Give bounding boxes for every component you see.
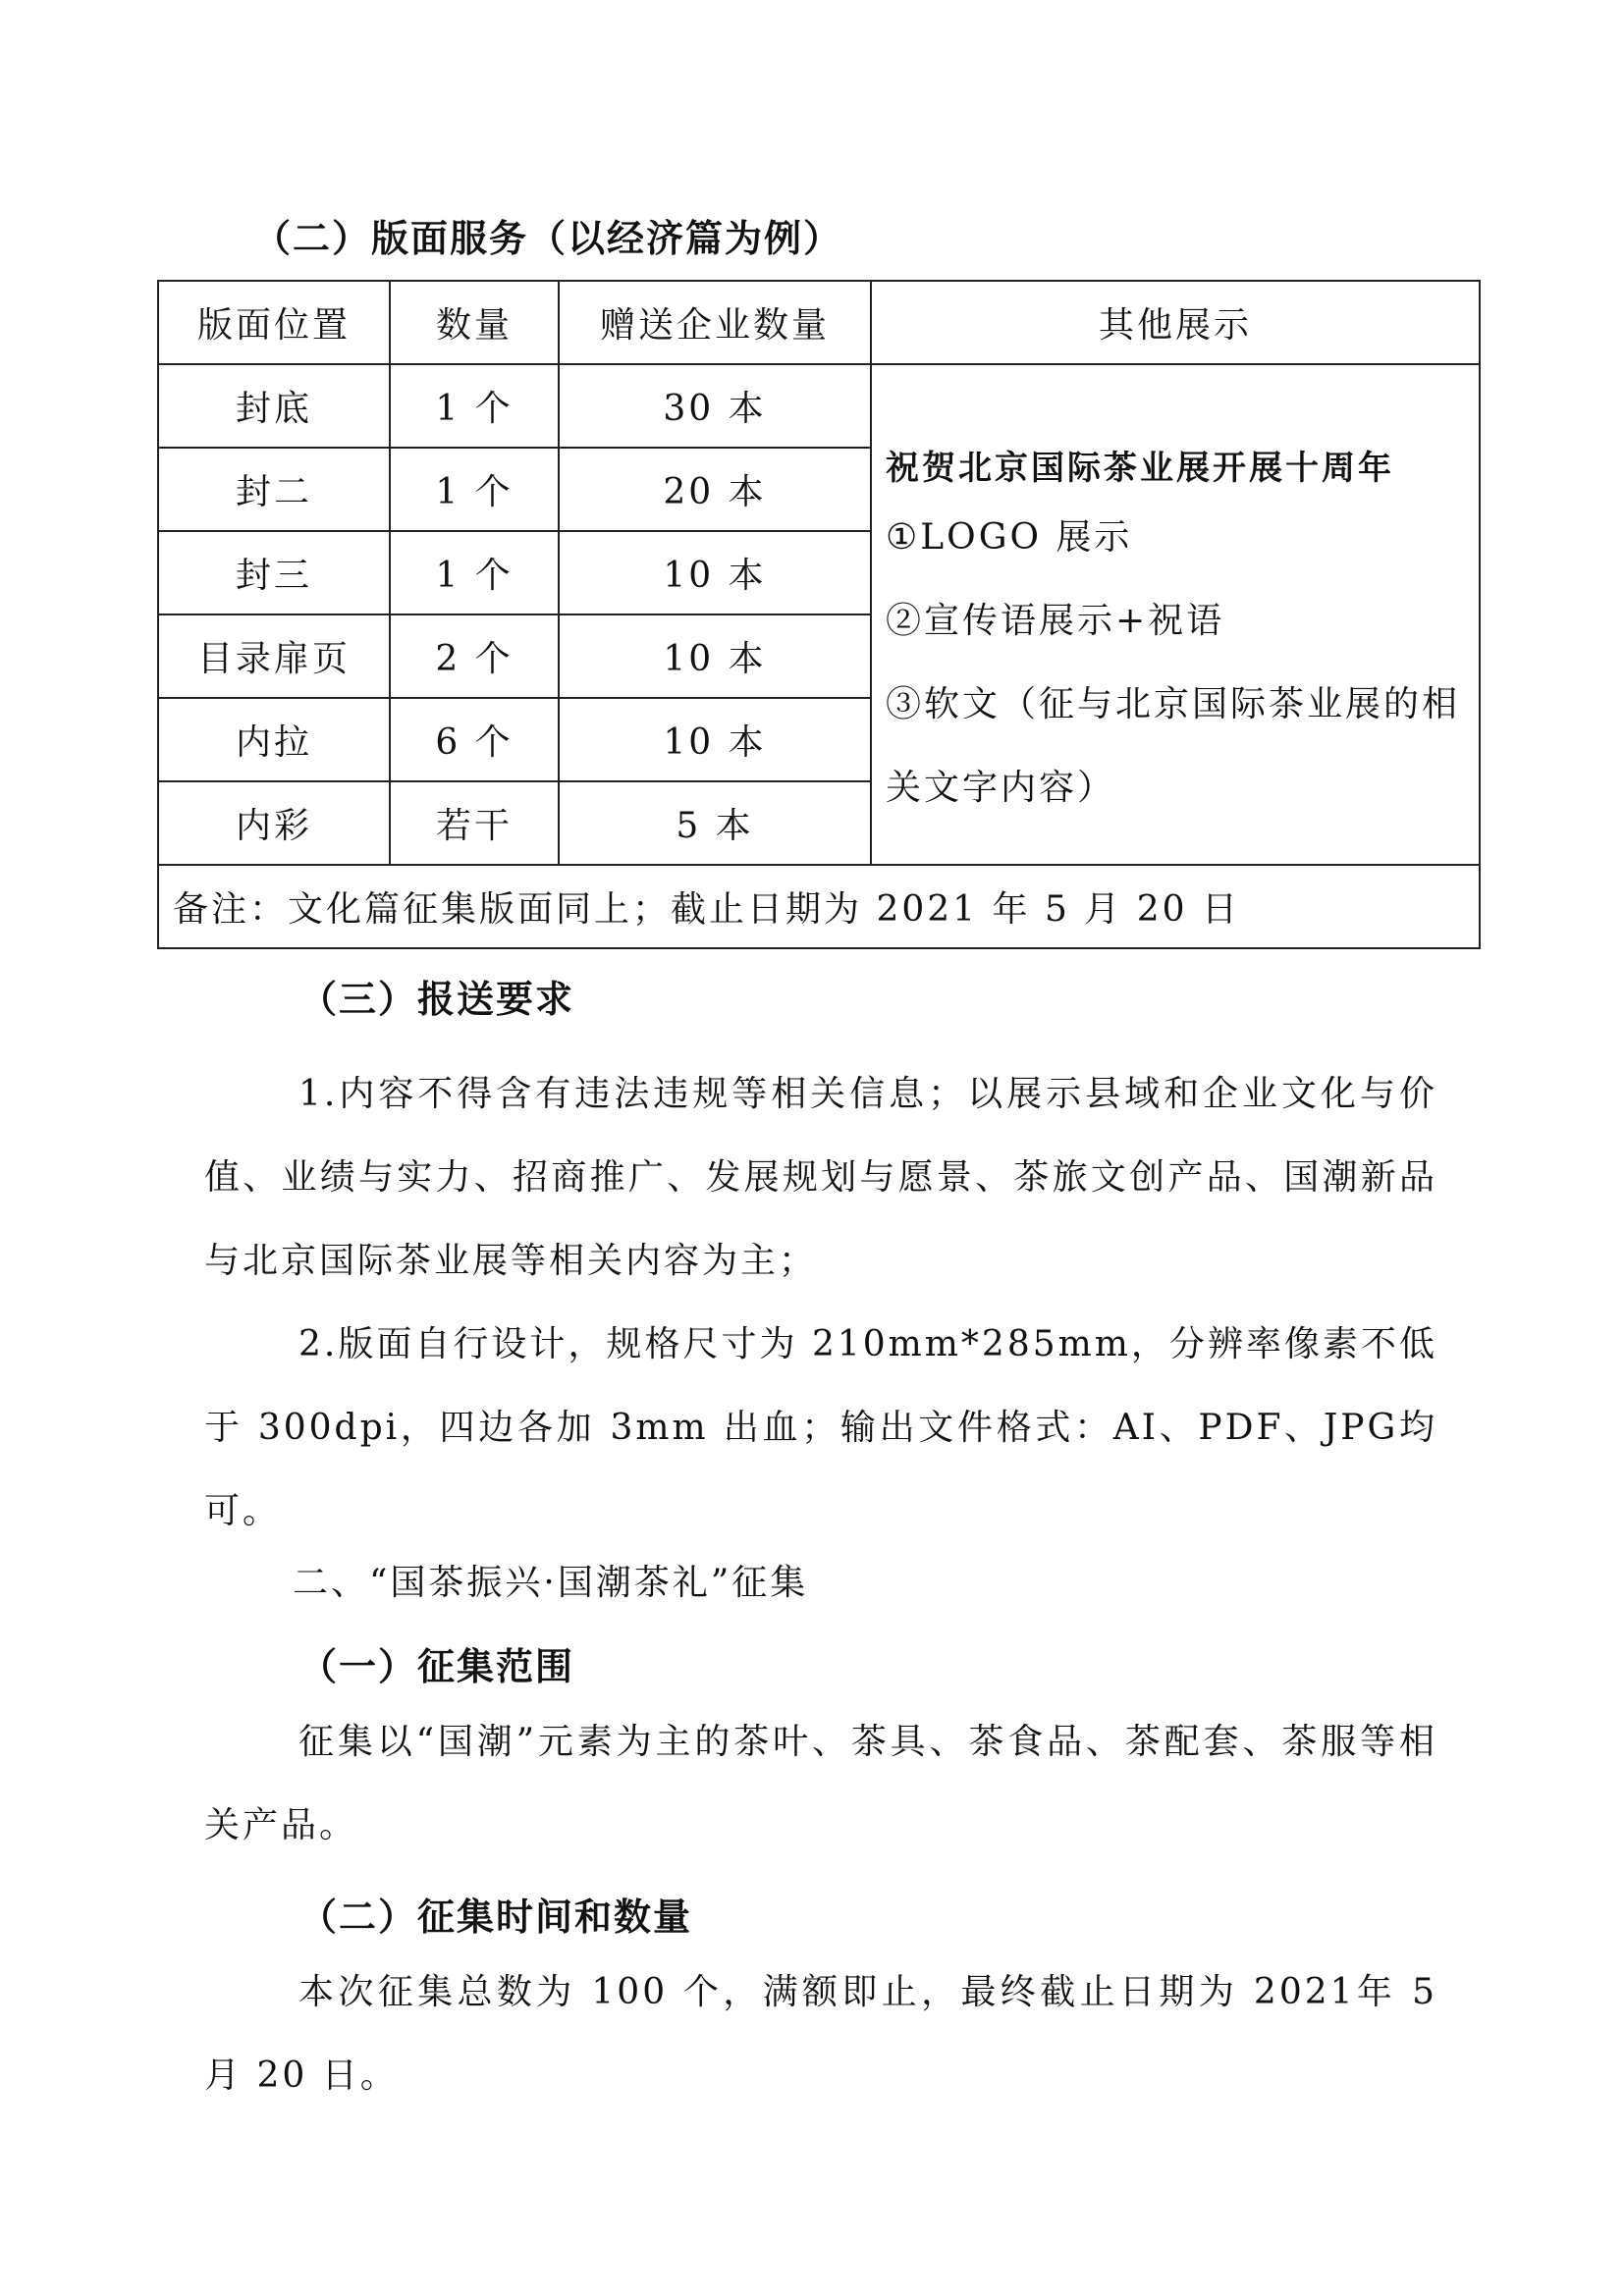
cell-gift: 10 本 bbox=[559, 698, 871, 781]
cell-gift: 30 本 bbox=[559, 364, 871, 448]
cell-quantity: 若干 bbox=[390, 781, 559, 865]
cell-quantity: 1 个 bbox=[390, 531, 559, 614]
cell-gift: 20 本 bbox=[559, 448, 871, 531]
cell-gift: 10 本 bbox=[559, 614, 871, 698]
cell-gift: 5 本 bbox=[559, 781, 871, 865]
other-display-item: ②宣传语展示+祝语 bbox=[886, 579, 1469, 663]
cell-position: 封底 bbox=[158, 364, 390, 448]
cell-quantity: 2 个 bbox=[390, 614, 559, 698]
table-note-row: 备注：文化篇征集版面同上；截止日期为 2021 年 5 月 20 日 bbox=[158, 865, 1480, 948]
table-note: 备注：文化篇征集版面同上；截止日期为 2021 年 5 月 20 日 bbox=[158, 865, 1480, 948]
other-display-item: ①LOGO 展示 bbox=[886, 496, 1469, 579]
scope-paragraph: 征集以“国潮”元素为主的茶叶、茶具、茶食品、茶配套、茶服等相关产品。 bbox=[204, 1700, 1437, 1867]
cell-other-display: 祝贺北京国际茶业展开展十周年 ①LOGO 展示 ②宣传语展示+祝语 ③软文（征与… bbox=[871, 364, 1480, 865]
table-header-row: 版面位置 数量 赠送企业数量 其他展示 bbox=[158, 281, 1480, 364]
cell-quantity: 1 个 bbox=[390, 448, 559, 531]
other-display-title: 祝贺北京国际茶业展开展十周年 bbox=[886, 449, 1469, 488]
requirement-paragraph-2: 2.版面自行设计，规格尺寸为 210mm*285mm，分辨率像素不低于 300d… bbox=[204, 1303, 1437, 1553]
subsection-heading-scope: （一）征集范围 bbox=[299, 1642, 574, 1691]
cell-quantity: 6 个 bbox=[390, 698, 559, 781]
column-header-other-display: 其他展示 bbox=[871, 281, 1480, 364]
subsection-heading-time-quantity: （二）征集时间和数量 bbox=[299, 1893, 692, 1942]
cell-position: 封二 bbox=[158, 448, 390, 531]
document-page: （二）版面服务（以经济篇为例） 版面位置 数量 赠送企业数量 其他展示 封底 1… bbox=[0, 0, 1624, 2296]
time-quantity-paragraph: 本次征集总数为 100 个，满额即止，最终截止日期为 2021年 5 月 20 … bbox=[204, 1950, 1437, 2117]
cell-position: 内彩 bbox=[158, 781, 390, 865]
cell-position: 内拉 bbox=[158, 698, 390, 781]
section-heading-submission-requirements: （三）报送要求 bbox=[299, 975, 574, 1024]
requirement-paragraph-1: 1.内容不得含有违法违规等相关信息；以展示县域和企业文化与价值、业绩与实力、招商… bbox=[204, 1052, 1437, 1303]
layout-service-table: 版面位置 数量 赠送企业数量 其他展示 封底 1 个 30 本 祝贺北京国际茶业… bbox=[157, 280, 1481, 949]
column-header-gift-count: 赠送企业数量 bbox=[559, 281, 871, 364]
column-header-quantity: 数量 bbox=[390, 281, 559, 364]
column-header-position: 版面位置 bbox=[158, 281, 390, 364]
section-heading-collection: 二、“国茶振兴·国潮茶礼”征集 bbox=[293, 1559, 808, 1608]
cell-gift: 10 本 bbox=[559, 531, 871, 614]
cell-quantity: 1 个 bbox=[390, 364, 559, 448]
other-display-item: ③软文（征与北京国际茶业展的相关文字内容） bbox=[886, 663, 1469, 829]
section-heading-layout-service: （二）版面服务（以经济篇为例） bbox=[253, 214, 842, 263]
cell-position: 封三 bbox=[158, 531, 390, 614]
table-row: 封底 1 个 30 本 祝贺北京国际茶业展开展十周年 ①LOGO 展示 ②宣传语… bbox=[158, 364, 1480, 448]
cell-position: 目录扉页 bbox=[158, 614, 390, 698]
